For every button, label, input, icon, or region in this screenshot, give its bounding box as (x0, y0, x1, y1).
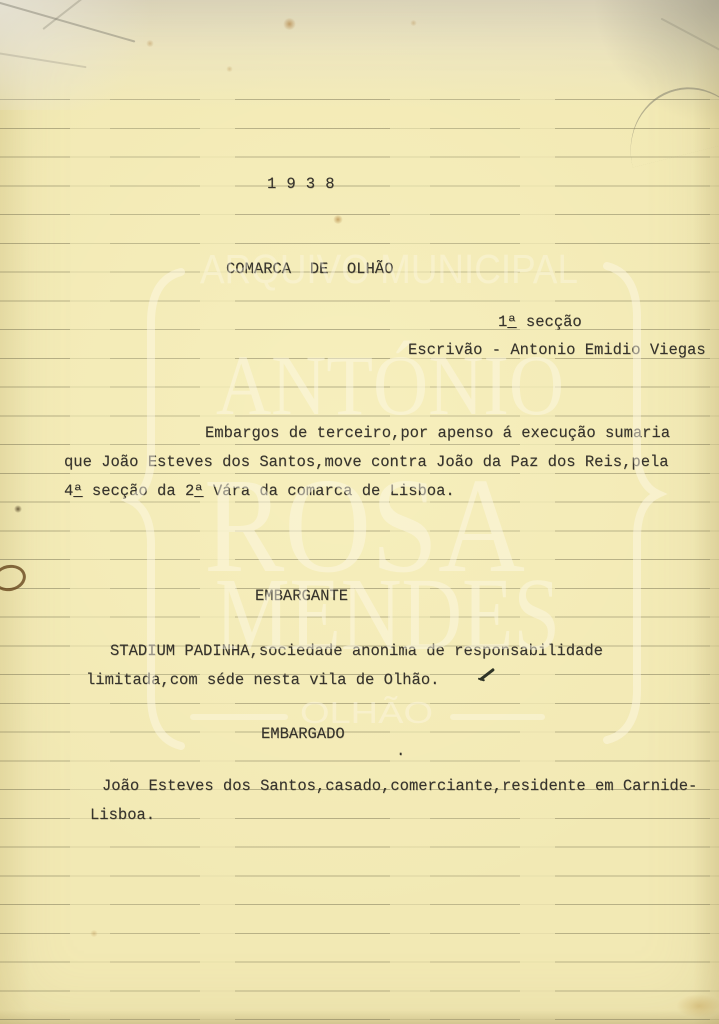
crease-mark (0, 50, 87, 68)
crease-mark (0, 0, 135, 43)
crease-mark (42, 0, 110, 30)
embargante-party-line-1: STADIUM PADINHA,sociedade anonima de res… (110, 642, 603, 660)
petition-line-3: 4ª secção da 2ª Vára da comarca de Lisbo… (64, 482, 455, 500)
foxing-stain (410, 20, 417, 26)
foxing-stain (283, 18, 296, 30)
ruled-lines (0, 99, 719, 1024)
embargado-party-line-1: João Esteves dos Santos,casado,comercian… (102, 777, 697, 795)
foxing-stain (146, 40, 154, 47)
clerk-line: Escrivão - Antonio Emidio Viegas (408, 341, 706, 359)
crease-mark (661, 18, 719, 53)
scanned-document-page: 1 9 3 8 COMARCA DE OLHÃO 1ª secção Escri… (0, 0, 719, 1024)
embargante-party-line-2: limitada,com séde nesta vila de Olhão. (86, 671, 439, 689)
stray-period: . (396, 742, 405, 760)
petition-line-2: que João Esteves dos Santos,move contra … (64, 453, 669, 471)
year-heading: 1 9 3 8 (267, 175, 335, 193)
embargado-heading: EMBARGADO (261, 725, 345, 743)
section-line: 1ª secção (498, 313, 582, 331)
foxing-stain (226, 66, 233, 72)
petition-line-1: Embargos de terceiro,por apenso á execuç… (205, 424, 670, 442)
corner-wear-top-left (0, 0, 170, 110)
court-heading: COMARCA DE OLHÃO (226, 260, 393, 278)
embargado-party-line-2: Lisboa. (90, 806, 155, 824)
embargante-heading: EMBARGANTE (255, 587, 348, 605)
